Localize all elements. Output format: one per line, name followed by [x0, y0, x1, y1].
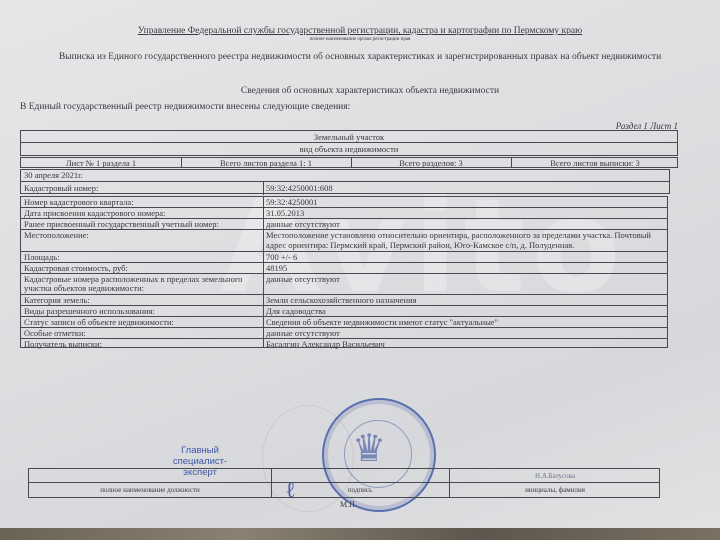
object-type-block: Земельный участок вид объекта недвижимос…	[20, 130, 678, 156]
name-caption: инициалы, фамилия	[449, 485, 661, 495]
details-label: Площадь:	[24, 253, 260, 262]
document-title: Выписка из Единого государственного реес…	[0, 52, 720, 62]
details-value: Для садоводства	[266, 307, 664, 317]
handwritten-signature: ℓ	[285, 478, 296, 502]
details-value: Басалгин Александр Васильевич	[266, 340, 664, 350]
details-row: Номер кадастрового квартала:59:32:425000…	[21, 197, 667, 208]
details-label: Кадастровая стоимость, руб:	[24, 264, 260, 273]
object-type: Земельный участок	[21, 132, 677, 142]
details-value: Земли сельскохозяйственного назначения	[266, 296, 664, 306]
sheet-number: Лист № 1 раздела 1	[21, 158, 181, 168]
date-cadastral-block: 30 апреля 2021г. Кадастровый номер: 59:3…	[20, 169, 670, 194]
cadastral-number: 59:32:4250001:608	[266, 184, 333, 194]
total-sheets: Всего листов выписки: 3	[511, 158, 679, 168]
details-row: Виды разрешенного использования:Для садо…	[21, 306, 667, 317]
details-value: данные отсутствуют	[266, 220, 664, 230]
details-row: Площадь:700 +/- 6	[21, 252, 667, 263]
details-label: Ранее присвоенный государственный учетны…	[24, 220, 260, 229]
intro-text: В Единый государственный реестр недвижим…	[20, 102, 350, 112]
coat-of-arms-icon: ♛	[352, 426, 386, 471]
cadastral-number-label: Кадастровый номер:	[24, 184, 98, 193]
signature-block: полное наименование должности подпись Н.…	[28, 468, 660, 498]
details-row: Дата присвоения кадастрового номера:31.0…	[21, 208, 667, 219]
details-label: Кадастровые номера расположенных в преде…	[24, 275, 260, 293]
details-value: 31.05.2013	[266, 209, 664, 219]
sheet-info-row: Лист № 1 раздела 1 Всего листов раздела …	[20, 157, 678, 168]
organization-caption: полное наименование органа регистрации п…	[0, 37, 720, 42]
details-row: Получатель выписки:Басалгин Александр Ва…	[21, 339, 667, 350]
details-label: Дата присвоения кадастрового номера:	[24, 209, 260, 218]
extract-date: 30 апреля 2021г.	[24, 171, 83, 180]
seal-place-label: М.П.	[340, 500, 357, 510]
details-value: 59:32:4250001	[266, 198, 664, 208]
details-value: 48195	[266, 264, 664, 274]
details-value: 700 +/- 6	[266, 253, 664, 263]
details-row: Статус записи об объекте недвижимости:Св…	[21, 317, 667, 328]
details-row: Ранее присвоенный государственный учетны…	[21, 219, 667, 230]
details-label: Категория земель:	[24, 296, 260, 305]
signer-name: Н.А.Батусова	[449, 471, 661, 481]
details-label: Номер кадастрового квартала:	[24, 198, 260, 207]
total-sections: Всего разделов: 3	[351, 158, 511, 168]
section-title: Сведения об основных характеристиках объ…	[120, 86, 620, 96]
details-row: Категория земель:Земли сельскохозяйствен…	[21, 295, 667, 306]
object-type-caption: вид объекта недвижимости	[21, 144, 677, 154]
sheets-in-section: Всего листов раздела 1: 1	[181, 158, 351, 168]
details-value: Сведения об объекте недвижимости имеют с…	[266, 318, 664, 328]
details-row: Местоположение:Местоположение установлен…	[21, 230, 667, 252]
details-value: Местоположение установлено относительно …	[266, 231, 664, 250]
details-row: Кадастровая стоимость, руб:48195	[21, 263, 667, 274]
position-caption: полное наименование должности	[29, 485, 271, 495]
details-row: Особые отметки:данные отсутствуют	[21, 328, 667, 339]
details-label: Виды разрешенного использования:	[24, 307, 260, 316]
details-label: Местоположение:	[24, 231, 260, 240]
details-label: Получатель выписки:	[24, 340, 260, 349]
signature-caption: подпись	[271, 485, 449, 495]
organization-name: Управление Федеральной службы государств…	[0, 26, 720, 36]
details-row: Кадастровые номера расположенных в преде…	[21, 274, 667, 295]
details-table: Номер кадастрового квартала:59:32:425000…	[20, 196, 668, 348]
background-surface	[0, 528, 720, 540]
details-label: Особые отметки:	[24, 329, 260, 338]
details-label: Статус записи об объекте недвижимости:	[24, 318, 260, 327]
details-value: данные отсутствуют	[266, 329, 664, 339]
details-value: данные отсутствуют	[266, 275, 664, 285]
